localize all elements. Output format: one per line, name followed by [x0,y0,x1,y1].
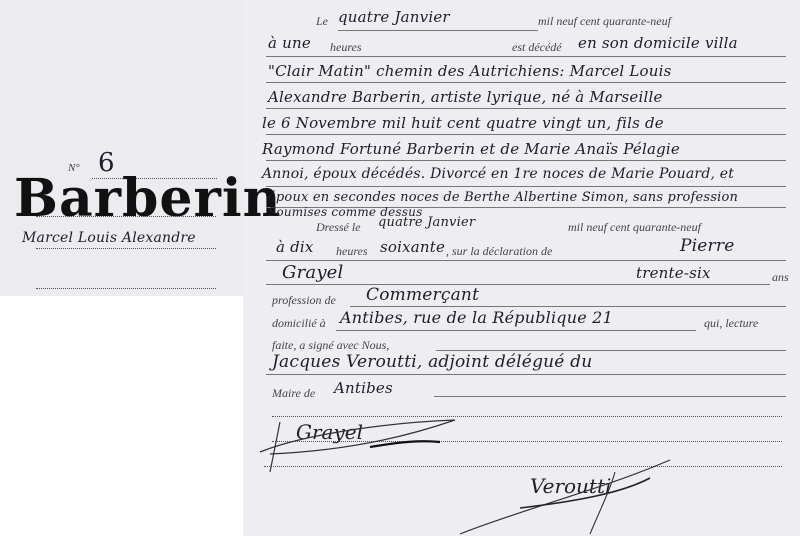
printed-est-decede: est décédé [512,40,562,55]
dotted-line [36,216,216,217]
declarant-first-name: Pierre [680,236,734,256]
dotted-line [36,248,216,249]
declarant-age: trente-six [636,264,711,282]
hand-line-7: Annoi, époux décédés. Divorcé en 1re noc… [262,166,734,182]
fill-line [266,160,786,161]
fill-line [436,350,786,351]
declarant-profession: Commerçant [366,285,479,305]
fill-line [266,284,770,285]
fill-line [434,396,786,397]
given-names: Marcel Louis Alexandre [22,230,196,246]
hand-line-3: "Clair Matin" chemin des Autrichiens: Ma… [268,62,672,80]
printed-year: mil neuf cent quarante-neuf [538,14,671,29]
printed-le: Le [316,14,328,29]
fill-line [266,374,786,375]
death-place: en son domicile villa [578,34,738,52]
declarant-surname: Grayel [282,262,344,283]
fill-line [266,108,786,109]
signature-flourish [250,412,470,482]
signature-flourish [440,450,680,536]
printed-year-2: mil neuf cent quarante-neuf [568,220,701,235]
fill-line [266,56,786,57]
death-hour: à une [268,34,311,52]
drawn-date: quatre Janvier [378,215,475,230]
printed-maire-de: Maire de [272,386,315,401]
fill-line [338,30,538,31]
printed-dresse-le: Dressé le [316,220,361,235]
printed-qui-lecture: qui, lecture [704,316,758,331]
fill-line [350,306,786,307]
printed-ans: ans [772,270,789,285]
drawn-hour: à dix [276,238,314,256]
fill-line [266,186,786,187]
commune: Antibes [334,379,393,397]
fill-line [336,330,696,331]
dotted-line [36,288,216,289]
hand-line-4: Alexandre Barberin, artiste lyrique, né … [268,88,663,106]
declarant-address: Antibes, rue de la République 21 [340,308,613,327]
fill-line [266,260,786,261]
printed-heures-2: heures [336,244,368,259]
surname-heading: Barberin [14,168,281,229]
printed-declaration: , sur la déclaration de [446,244,552,259]
death-date: quatre Janvier [338,8,450,26]
fill-line [266,82,786,83]
printed-profession: profession de [272,293,336,308]
printed-faite-signe: faite, a signé avec Nous, [272,338,389,353]
hand-line-8: époux en secondes noces de Berthe Albert… [268,190,738,205]
drawn-minutes: soixante [380,238,445,256]
fill-line [266,134,786,135]
printed-heures: heures [330,40,362,55]
officer-name: Jacques Veroutti, adjoint délégué du [272,352,592,372]
hand-line-5: le 6 Novembre mil huit cent quatre vingt… [262,114,664,132]
hand-line-6: Raymond Fortuné Barberin et de Marie Ana… [262,140,680,158]
printed-domicilie: domicilié à [272,316,326,331]
margin-column [0,0,243,296]
